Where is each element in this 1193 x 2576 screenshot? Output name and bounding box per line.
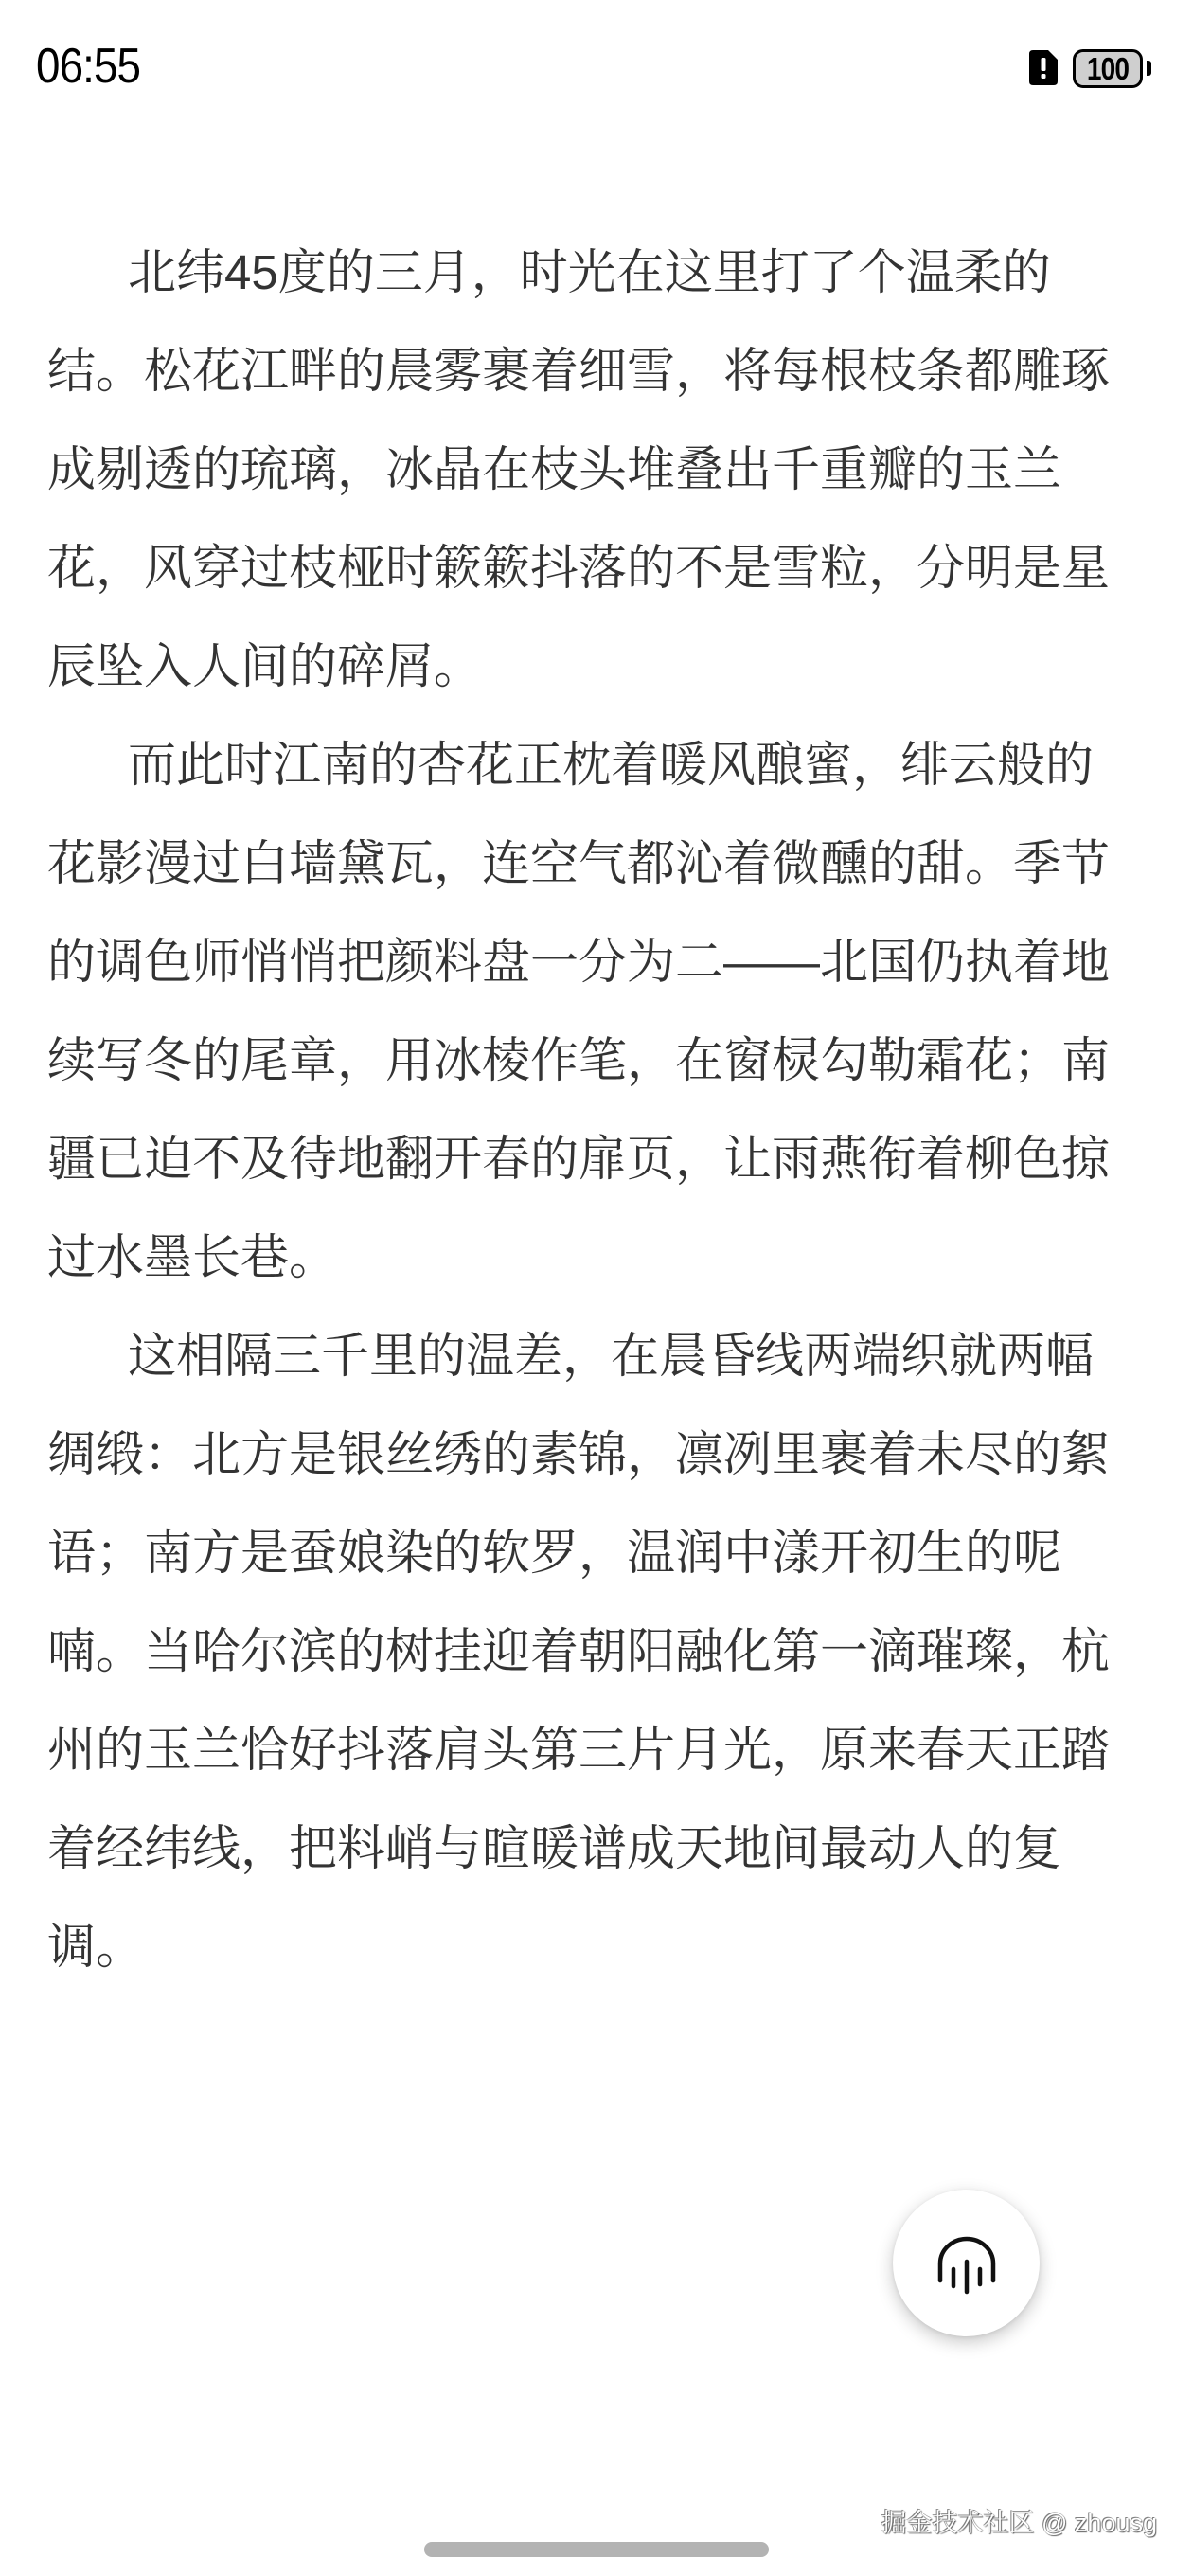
text-line: 语；南方是蚕娘染的软罗，温润中漾开初生的呢 xyxy=(47,1504,1184,1602)
text-line: 的调色师悄悄把颜料盘一分为二——北国仍执着地 xyxy=(47,913,1184,1011)
article-body: 北纬45度的三月，时光在这里打了个温柔的 结。松花江畔的晨雾裹着细雪，将每根枝条… xyxy=(47,224,1184,1996)
status-time: 06:55 xyxy=(36,38,140,95)
text-line: 着经纬线，把料峭与暄暖谱成天地间最动人的复 xyxy=(47,1799,1184,1898)
battery-nub xyxy=(1147,61,1151,76)
paragraph-2: 而此时江南的杏花正枕着暖风酿蜜，绯云般的 花影漫过白墙黛瓦，连空气都沁着微醺的甜… xyxy=(47,716,1184,1307)
paragraph-3: 这相隔三千里的温差，在晨昏线两端织就两幅 绸缎：北方是银丝绣的素锦，凛冽里裹着未… xyxy=(47,1307,1184,1996)
text-line: 疆已迫不及待地翻开春的扉页，让雨燕衔着柳色掠 xyxy=(47,1110,1184,1208)
text-line: 喃。当哈尔滨的树挂迎着朝阳融化第一滴璀璨，杭 xyxy=(47,1602,1184,1701)
text-line: 北纬45度的三月，时光在这里打了个温柔的 xyxy=(47,224,1184,322)
text-line: 过水墨长巷。 xyxy=(47,1208,1184,1307)
paragraph-1: 北纬45度的三月，时光在这里打了个温柔的 结。松花江畔的晨雾裹着细雪，将每根枝条… xyxy=(47,224,1184,716)
text-line: 结。松花江畔的晨雾裹着细雪，将每根枝条都雕琢 xyxy=(47,322,1184,420)
sim-alert-icon xyxy=(1029,50,1058,85)
text-line: 花影漫过白墙黛瓦，连空气都沁着微醺的甜。季节 xyxy=(47,814,1184,913)
battery-level: 100 xyxy=(1087,53,1129,84)
text-line: 续写冬的尾章，用冰棱作笔，在窗棂勾勒霜花；南 xyxy=(47,1011,1184,1110)
text-line: 州的玉兰恰好抖落肩头第三片月光，原来春天正踏 xyxy=(47,1701,1184,1799)
text-line: 成剔透的琉璃，冰晶在枝头堆叠出千重瓣的玉兰 xyxy=(47,420,1184,519)
home-indicator[interactable] xyxy=(424,2542,769,2557)
text-line: 而此时江南的杏花正枕着暖风酿蜜，绯云般的 xyxy=(47,716,1184,814)
battery-icon: 100 xyxy=(1073,49,1143,88)
text-line: 这相隔三千里的温差，在晨昏线两端织就两幅 xyxy=(47,1307,1184,1405)
status-bar: 06:55 100 xyxy=(0,0,1193,133)
text-line: 花，风穿过枝桠时簌簌抖落的不是雪粒，分明是星 xyxy=(47,519,1184,617)
text-line: 辰坠入人间的碎屑。 xyxy=(47,617,1184,716)
voice-read-aloud-icon xyxy=(933,2229,1001,2298)
text-line: 绸缎：北方是银丝绣的素锦，凛冽里裹着未尽的絮 xyxy=(47,1405,1184,1504)
read-aloud-button[interactable] xyxy=(893,2190,1040,2336)
watermark: 掘金技术社区 @ zhousg xyxy=(881,2506,1157,2540)
text-line: 调。 xyxy=(47,1898,1184,1996)
